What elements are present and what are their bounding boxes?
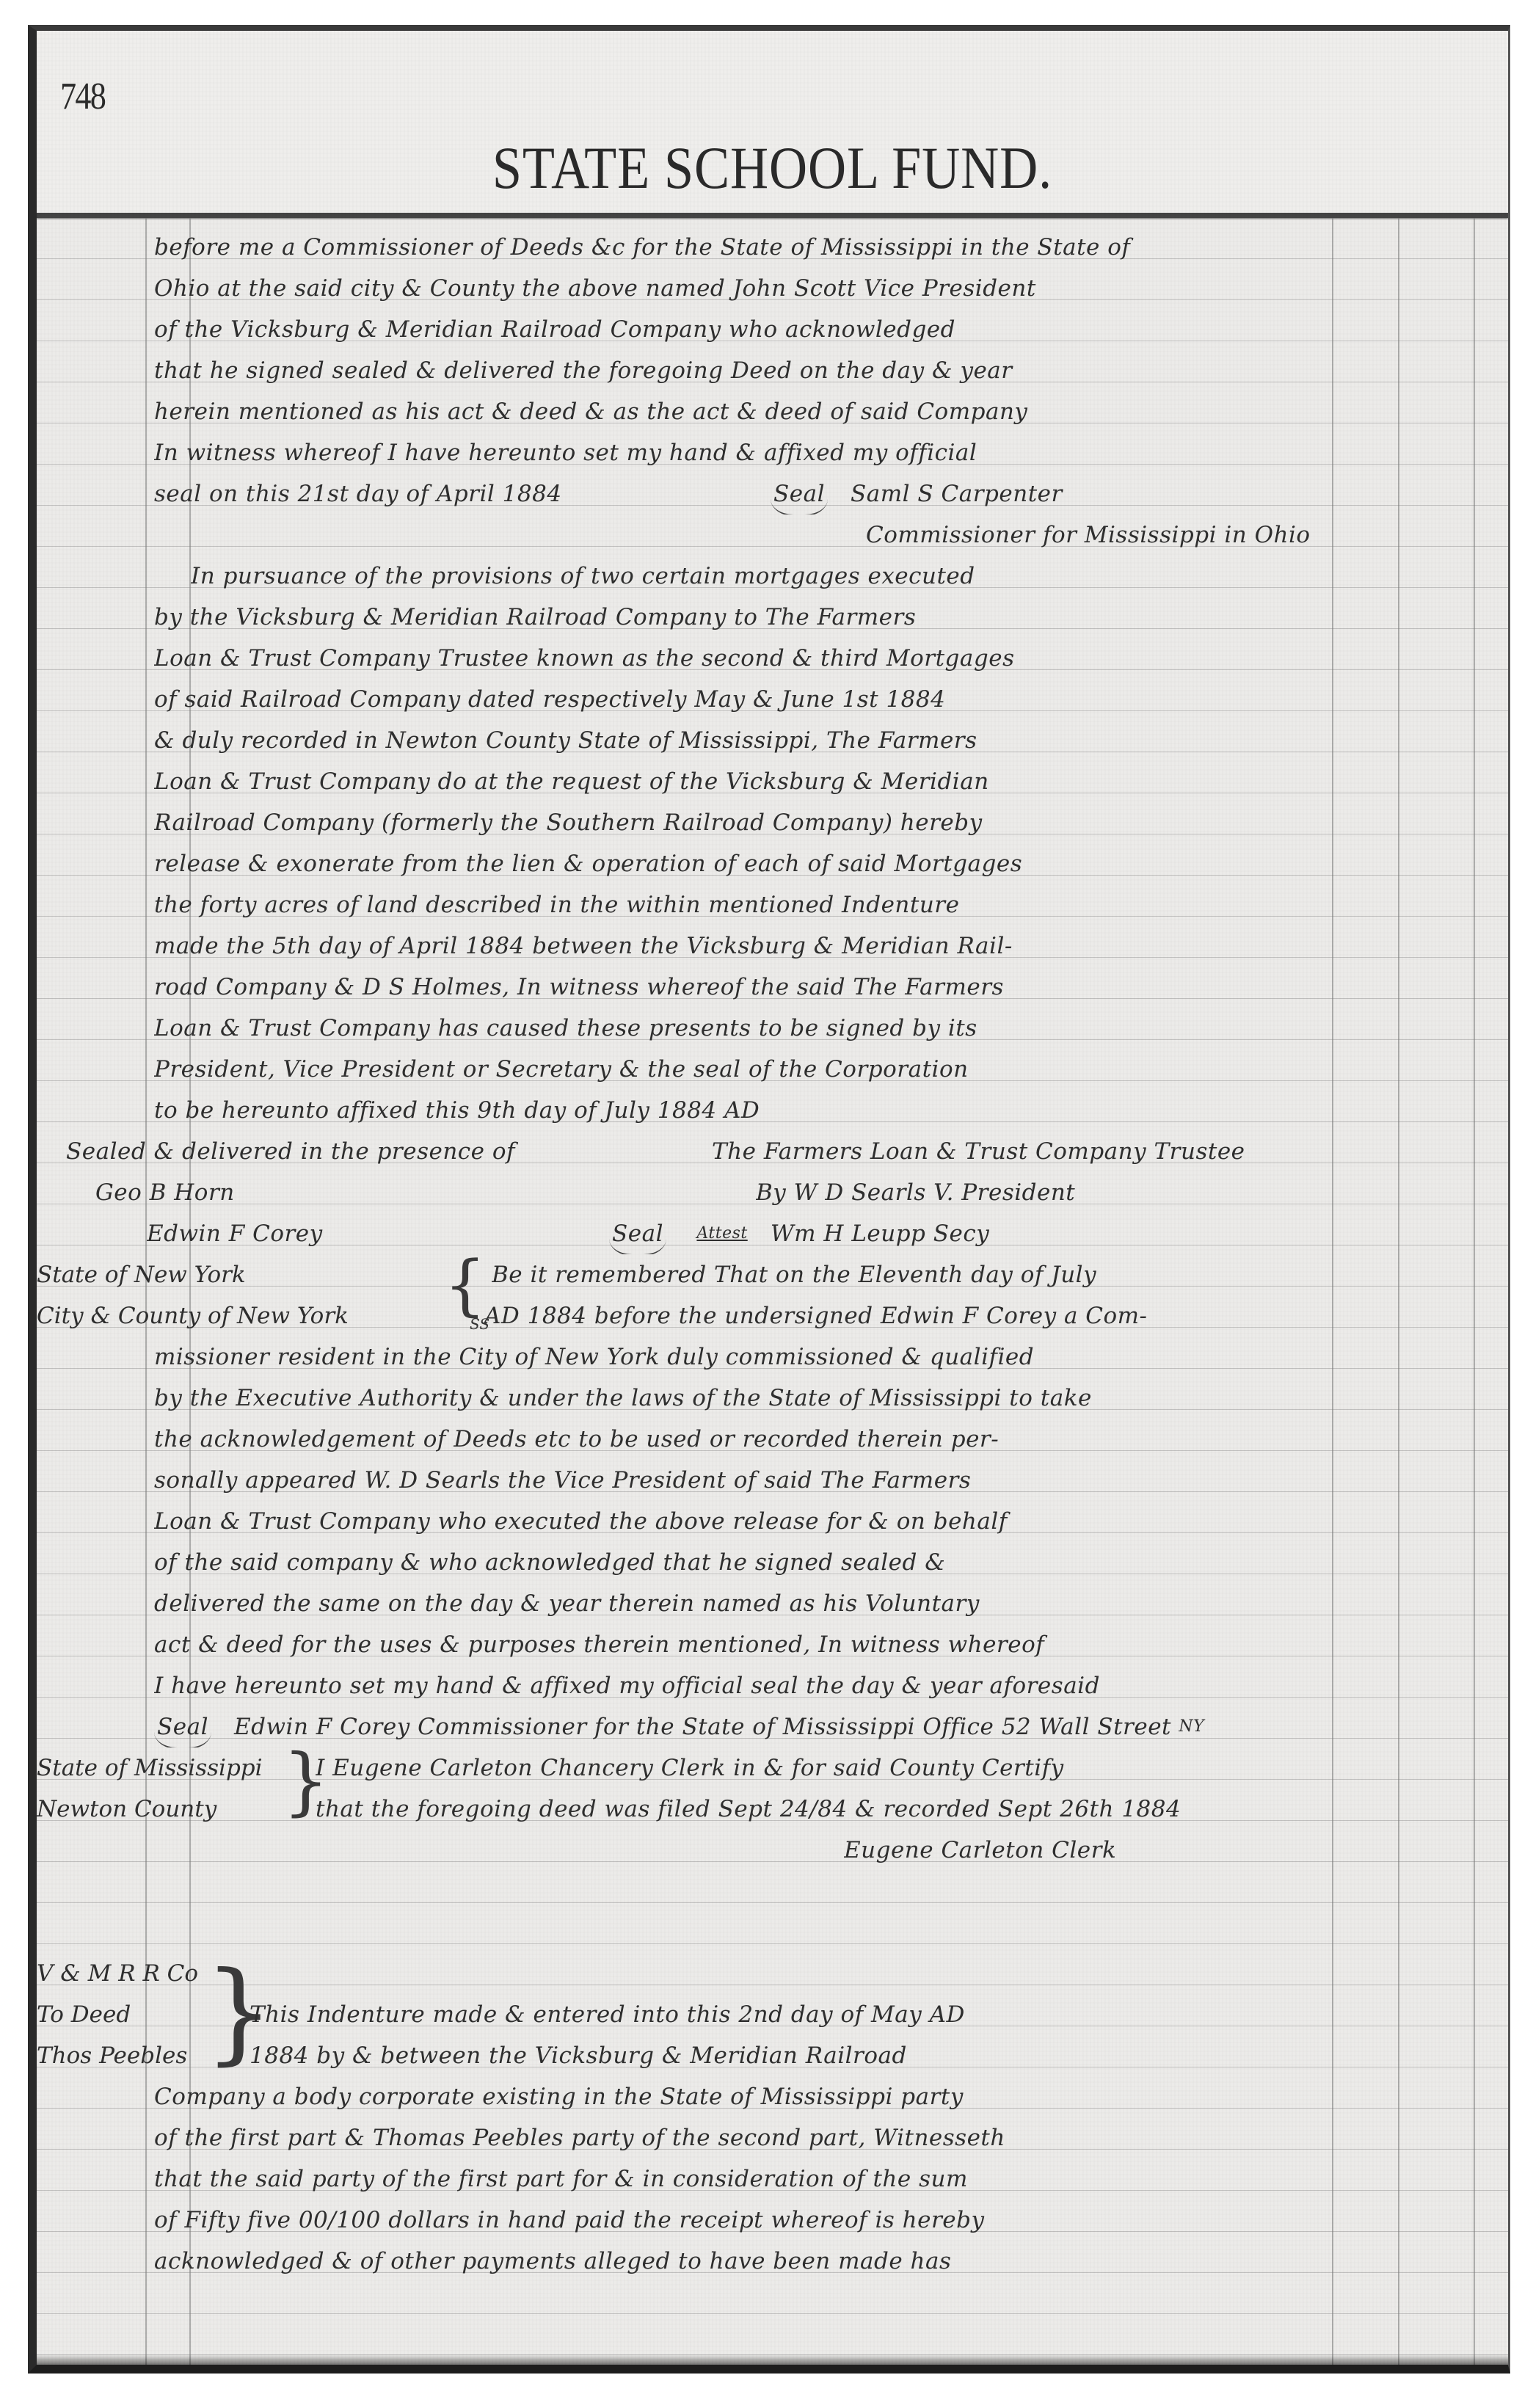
text-line: Ohio at the said city & County the above… bbox=[154, 268, 1475, 309]
text-line: of the first part & Thomas Peebles party… bbox=[154, 2117, 1475, 2158]
commissioner-signature-line: Edwin F Corey Commissioner for the State… bbox=[234, 1714, 1171, 1740]
text-line: President, Vice President or Secretary &… bbox=[154, 1049, 1475, 1090]
text-line: of the said company & who acknowledged t… bbox=[154, 1542, 1475, 1583]
text-line: that the said party of the first part fo… bbox=[154, 2158, 1475, 2200]
text-line: This Indenture made & entered into this … bbox=[250, 1994, 1475, 2035]
page-header: 748 STATE SCHOOL FUND. bbox=[37, 31, 1508, 214]
text-line: AD 1884 before the undersigned Edwin F C… bbox=[484, 1295, 1475, 1336]
text-line: act & deed for the uses & purposes there… bbox=[154, 1624, 1475, 1665]
venue-county: Newton County bbox=[37, 1789, 216, 1830]
text-line: of Fifty five 00/100 dollars in hand pai… bbox=[154, 2200, 1475, 2241]
president-signature: By W D Searls V. President bbox=[756, 1172, 1416, 1213]
text-line: by the Vicksburg & Meridian Railroad Com… bbox=[154, 597, 1475, 638]
ledger-page: 748 STATE SCHOOL FUND. before me a Commi… bbox=[28, 25, 1510, 2374]
signature-block: Seal Edwin F Corey Commissioner for the … bbox=[154, 1706, 1475, 1747]
text-line: I have hereunto set my hand & affixed my… bbox=[154, 1665, 1475, 1706]
text-line: of the Vicksburg & Meridian Railroad Com… bbox=[154, 309, 1475, 350]
text-line: herein mentioned as his act & deed & as … bbox=[154, 391, 1475, 432]
text-line: I Eugene Carleton Chancery Clerk in & fo… bbox=[316, 1747, 1475, 1789]
text-line: In pursuance of the provisions of two ce… bbox=[191, 556, 1475, 597]
venue-state: State of New York bbox=[37, 1254, 246, 1295]
venue-county: City & County of New York bbox=[37, 1295, 349, 1336]
signature-title: Commissioner for Mississippi in Ohio bbox=[866, 514, 1453, 556]
venue-state: State of Mississippi bbox=[37, 1747, 263, 1789]
text-line: Loan & Trust Company who executed the ab… bbox=[154, 1501, 1475, 1542]
text-line: sonally appeared W. D Searls the Vice Pr… bbox=[154, 1460, 1475, 1501]
text-line: Loan & Trust Company has caused these pr… bbox=[154, 1008, 1475, 1049]
attest-label: Attest bbox=[696, 1224, 747, 1243]
text-line: road Company & D S Holmes, In witness wh… bbox=[154, 967, 1475, 1008]
bracket-icon: { bbox=[444, 1253, 486, 1319]
attest-block: Seal Attest Wm H Leupp Secy bbox=[609, 1213, 1416, 1254]
witness-intro: Sealed & delivered in the presence of bbox=[66, 1131, 712, 1172]
text-line: that he signed sealed & delivered the fo… bbox=[154, 350, 1475, 391]
office-suffix: NY bbox=[1179, 1717, 1204, 1736]
text-line: Be it remembered That on the Eleventh da… bbox=[492, 1254, 1475, 1295]
text-line: before me a Commissioner of Deeds &c for… bbox=[154, 227, 1475, 268]
seal-mark: Seal bbox=[609, 1213, 666, 1254]
text-line: to be hereunto affixed this 9th day of J… bbox=[154, 1090, 1475, 1131]
text-line: & duly recorded in Newton County State o… bbox=[154, 720, 1475, 761]
text-line: made the 5th day of April 1884 between t… bbox=[154, 925, 1475, 967]
text-line: release & exonerate from the lien & oper… bbox=[154, 843, 1475, 884]
grantee-name: Thos Peebles bbox=[37, 2035, 187, 2076]
instrument-type: To Deed bbox=[37, 1994, 131, 2035]
text-line: acknowledged & of other payments alleged… bbox=[154, 2241, 1475, 2282]
text-line: of said Railroad Company dated respectiv… bbox=[154, 679, 1475, 720]
text-line: Loan & Trust Company do at the request o… bbox=[154, 761, 1475, 802]
text-line: 1884 by & between the Vicksburg & Meridi… bbox=[250, 2035, 1475, 2076]
company-signature: The Farmers Loan & Trust Company Trustee bbox=[712, 1131, 1475, 1172]
text-line: In witness whereof I have hereunto set m… bbox=[154, 432, 1475, 473]
text-line: the acknowledgement of Deeds etc to be u… bbox=[154, 1419, 1475, 1460]
text-line: Railroad Company (formerly the Southern … bbox=[154, 802, 1475, 843]
witness-signature: Geo B Horn bbox=[95, 1172, 462, 1213]
text-line: missioner resident in the City of New Yo… bbox=[154, 1336, 1475, 1378]
text-line: Company a body corporate existing in the… bbox=[154, 2076, 1475, 2117]
text-line: delivered the same on the day & year the… bbox=[154, 1583, 1475, 1624]
text-line: by the Executive Authority & under the l… bbox=[154, 1378, 1475, 1419]
commissioner-signature: Saml S Carpenter bbox=[851, 481, 1063, 507]
page-number: 748 bbox=[60, 75, 105, 118]
text-line: Loan & Trust Company Trustee known as th… bbox=[154, 638, 1475, 679]
seal-mark: Seal bbox=[771, 473, 828, 514]
grantor-name: V & M R R Co bbox=[37, 1953, 198, 1994]
text-line: seal on this 21st day of April 1884 bbox=[154, 473, 727, 514]
secretary-signature: Wm H Leupp Secy bbox=[771, 1221, 989, 1247]
header-divider bbox=[37, 213, 1508, 218]
page-title: STATE SCHOOL FUND. bbox=[125, 134, 1419, 203]
text-line: the forty acres of land described in the… bbox=[154, 884, 1475, 925]
seal-mark: Seal bbox=[154, 1706, 211, 1747]
text-line: that the foregoing deed was filed Sept 2… bbox=[316, 1789, 1475, 1830]
clerk-signature: Eugene Carleton Clerk bbox=[844, 1830, 1431, 1871]
page-bottom-shadow bbox=[37, 2354, 1508, 2365]
signature-block: Seal Saml S Carpenter bbox=[771, 473, 1431, 514]
